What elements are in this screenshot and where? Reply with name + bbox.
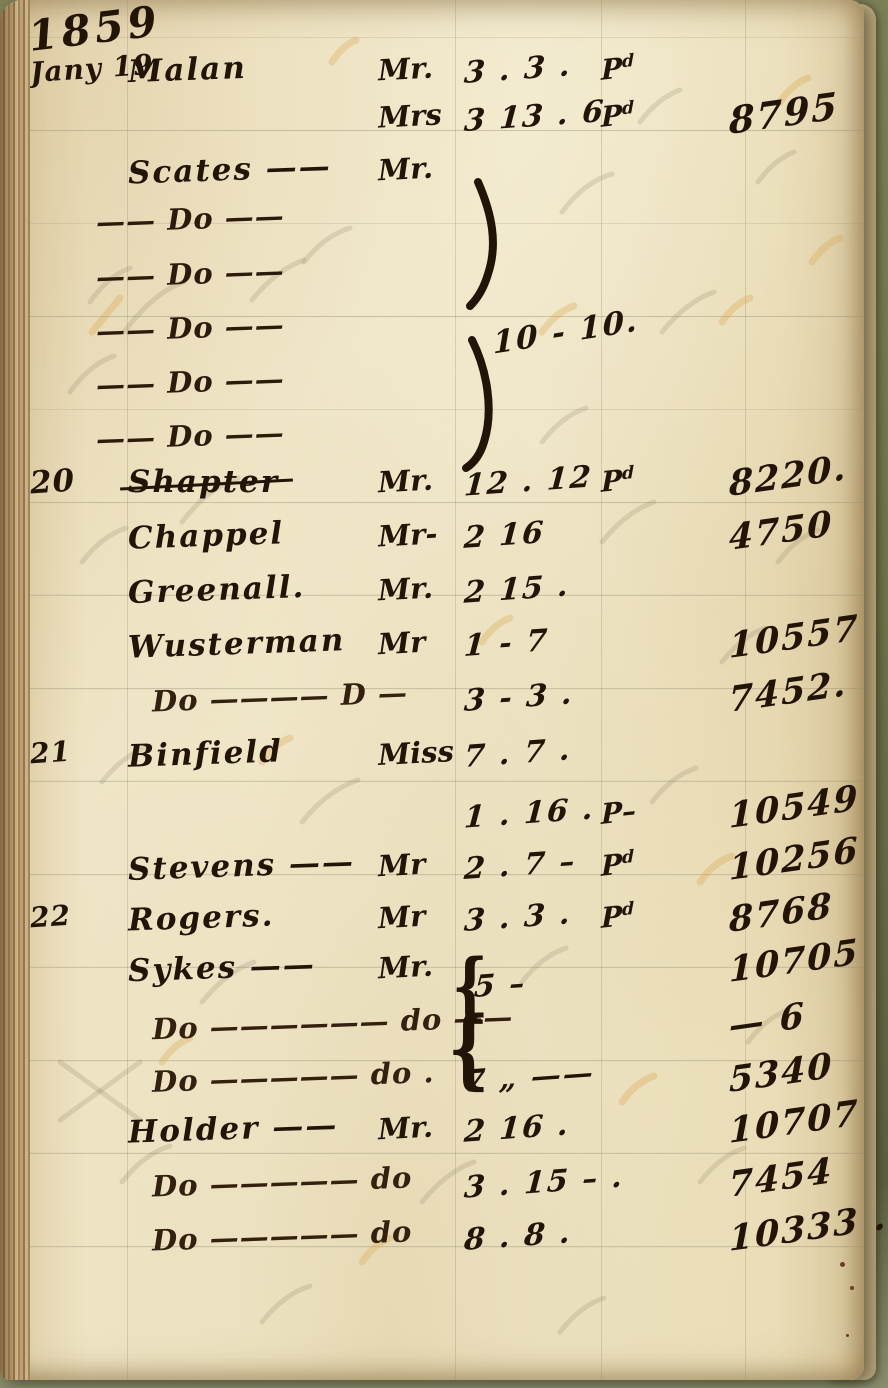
- ink-speck: [850, 1286, 854, 1290]
- cell-name: Wusterman: [127, 622, 345, 666]
- cell-amount: 1 - 7: [463, 623, 550, 664]
- ledger-row: 20ShapterMr.12 . 12Pd8220.: [0, 464, 864, 516]
- ledger-row: Do —————— do ——— 6: [0, 1006, 864, 1058]
- ledger-row: Sykes ——Mr.5 –10705: [0, 950, 864, 1002]
- cell-date: 21: [29, 735, 72, 771]
- ledger-entries: Jany 19MalanMr.3 . 3 .PdMrs3 13 . 6Pd879…: [0, 0, 864, 1380]
- ledger-row: 1 . 16 .P–10549: [0, 796, 864, 848]
- cell-folio: — 6: [729, 995, 806, 1047]
- cell-paid: Pd: [601, 462, 634, 499]
- sykes-brace-icon: {: [448, 998, 489, 1099]
- cell-amount: 1 . 16 .: [463, 791, 596, 835]
- ledger-photo: { "page": { "year": "1859", "paper_color…: [0, 0, 888, 1388]
- cell-name: Stevens ——: [127, 844, 355, 888]
- cell-dittoc: —— Do ——: [95, 362, 285, 403]
- ledger-row: —— Do ——: [0, 311, 864, 363]
- cell-name: Scates ——: [127, 148, 332, 191]
- cell-ditto: Do ————— do .: [151, 1055, 435, 1099]
- cell-amount: 2 16 .: [463, 1107, 571, 1150]
- cell-amount: 3 - 3 .: [463, 676, 575, 719]
- ledger-row: Scates ——Mr.: [0, 152, 864, 204]
- cell-name: Sykes ——: [127, 947, 316, 990]
- cell-name: Rogers.: [127, 897, 275, 938]
- ledger-row: 21BinfieldMiss7 . 7 .: [0, 736, 864, 788]
- ledger-row: Greenall.Mr.2 15 .: [0, 572, 864, 624]
- ledger-row: Stevens ——Mr2 . 7 –Pd10256: [0, 848, 864, 900]
- ledger-page: 1859 Jany 19MalanMr.3 . 3 .PdMrs3 13 . 6…: [0, 0, 864, 1380]
- cell-date: 22: [29, 899, 72, 935]
- cell-amount: 3 . 3 .: [463, 896, 573, 939]
- cell-title: Mr.: [377, 51, 434, 88]
- ledger-row: 22Rogers.Mr3 . 3 .Pd8768: [0, 900, 864, 952]
- group-brace: [452, 172, 512, 472]
- cell-dittoc: —— Do ——: [95, 308, 285, 349]
- ledger-row: Mrs3 13 . 6Pd8795: [0, 99, 864, 151]
- ledger-row: —— Do ——: [0, 365, 864, 417]
- ledger-row: Do ————— do8 . 8 .10333 .: [0, 1219, 864, 1271]
- cell-amount: 2 16: [463, 515, 546, 556]
- ledger-row: Do ————— do .7 „ ——5340: [0, 1060, 864, 1112]
- cell-title: Mr: [377, 847, 426, 883]
- cell-title: Miss: [377, 734, 454, 772]
- cell-ditto: Do ————— do: [151, 1160, 412, 1203]
- cell-amount: 7 . 7 .: [463, 732, 573, 775]
- ink-speck: [840, 1262, 845, 1267]
- cell-name: Holder ——: [127, 1107, 338, 1150]
- cell-title: Mr: [377, 899, 426, 935]
- cell-amount: 2 15 .: [463, 568, 571, 611]
- cell-date: 20: [29, 462, 77, 501]
- cell-title: Mr.: [377, 571, 434, 608]
- cell-paid: Pd: [601, 50, 634, 87]
- cell-paid: Pd: [601, 898, 634, 935]
- cell-ditto: Do ———— D —: [151, 676, 408, 719]
- cell-amount: 3 . 15 – .: [463, 1159, 625, 1205]
- cell-title: Mr: [377, 625, 426, 661]
- cell-title: Mrs: [377, 97, 442, 134]
- cell-name: Greenall.: [127, 569, 305, 611]
- ledger-row: —— Do ——: [0, 202, 864, 254]
- cell-amount: 3 13 . 6: [463, 94, 606, 139]
- ledger-row: Do ———— D —3 - 3 .7452.: [0, 680, 864, 732]
- ink-speck: [846, 1334, 849, 1337]
- cell-amount: 8 . 8 .: [463, 1215, 573, 1258]
- cell-paid: Pd: [601, 846, 634, 883]
- ledger-row: Do ————— do3 . 15 – .7454: [0, 1165, 864, 1217]
- ledger-row: Jany 19MalanMr.3 . 3 .Pd: [0, 52, 864, 104]
- cell-paid: P–: [601, 794, 636, 831]
- cell-paid: Pd: [601, 97, 634, 134]
- cell-name: Shapter: [128, 464, 279, 500]
- cell-title: Mr-: [377, 516, 438, 553]
- cell-title: Mr.: [377, 949, 434, 986]
- cell-name: Binfield: [127, 733, 283, 774]
- cell-name: Malan: [127, 50, 247, 90]
- ledger-row: Holder ——Mr.2 16 .10707: [0, 1111, 864, 1163]
- cell-name: Chappel: [127, 515, 284, 556]
- ledger-row: ChappelMr-2 164750: [0, 518, 864, 570]
- cell-title: Mr.: [377, 151, 434, 188]
- ledger-row: WustermanMr1 - 710557: [0, 626, 864, 678]
- cell-title: Mr.: [377, 1110, 434, 1147]
- cell-ditto: Do ————— do: [151, 1214, 412, 1257]
- cell-dittoc: —— Do ——: [95, 199, 285, 240]
- ledger-row: —— Do ——: [0, 257, 864, 309]
- book-page-stack-edge: [0, 0, 30, 1380]
- cell-title: Mr.: [377, 463, 434, 500]
- cell-amount: 2 . 7 –: [463, 844, 578, 887]
- cell-dittoc: —— Do ——: [95, 416, 285, 457]
- cell-amount: 3 . 3 .: [463, 48, 573, 91]
- cell-dittoc: —— Do ——: [95, 254, 285, 295]
